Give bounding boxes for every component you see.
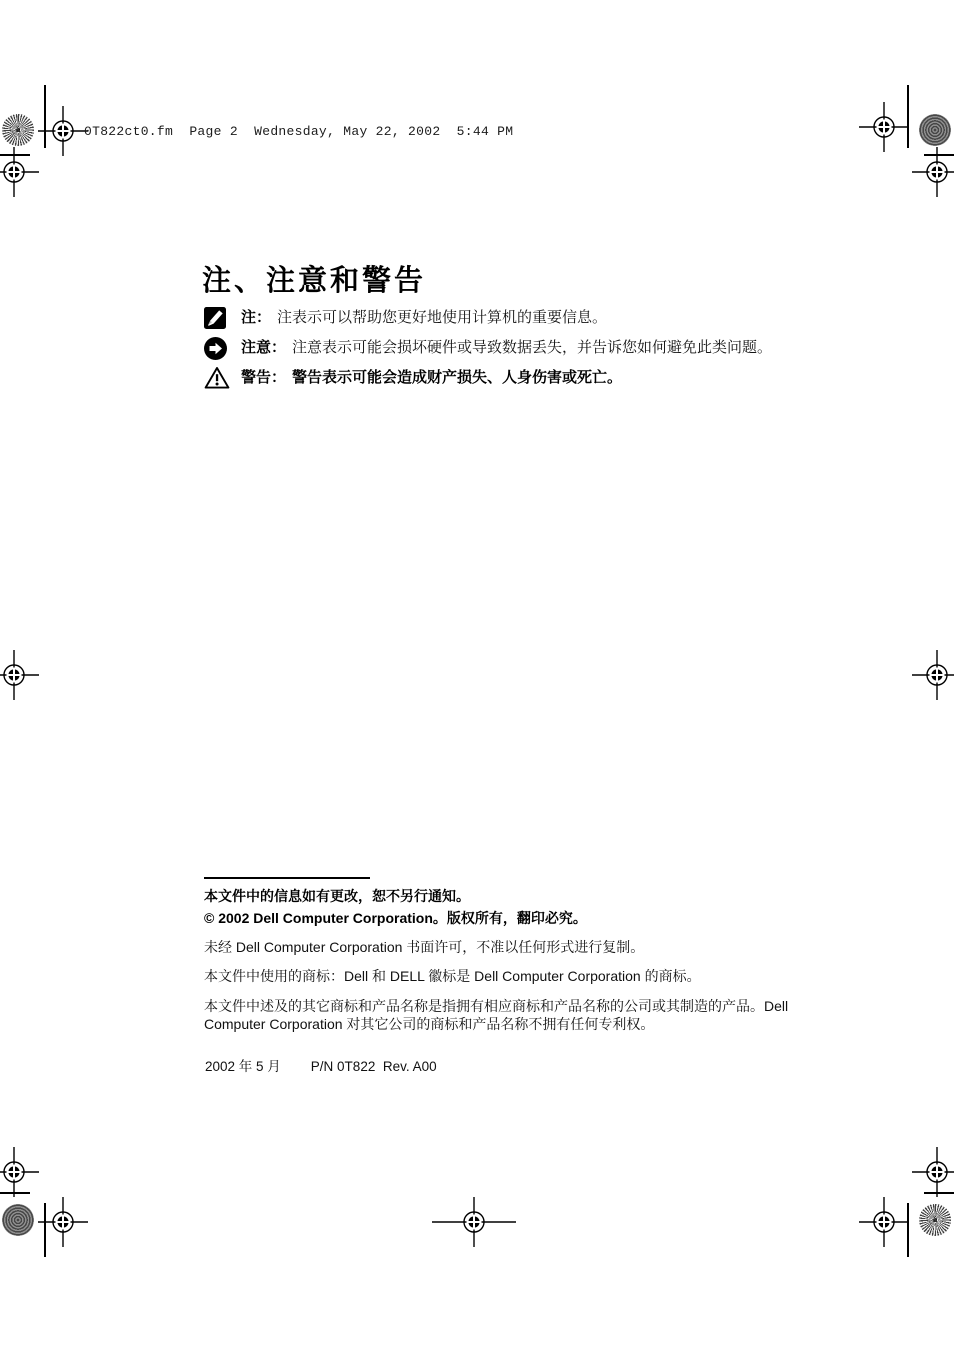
notice-text: 注意：注意表示可能会损坏硬件或导致数据丢失，并告诉您如何避免此类问题。 bbox=[241, 336, 772, 359]
color-patch-halftone-icon bbox=[2, 1204, 34, 1236]
legal-trademarks: 本文件中使用的商标：Dell 和 DELL 徽标是 Dell Computer … bbox=[204, 968, 832, 985]
color-patch-halftone-icon bbox=[919, 114, 951, 146]
warning-row: 警告：警告表示可能会造成财产损失、人身伤害或死亡。 bbox=[204, 366, 884, 390]
notice-body: 注意表示可能会损坏硬件或导致数据丢失，并告诉您如何避免此类问题。 bbox=[292, 339, 772, 356]
note-label: 注： bbox=[241, 309, 271, 326]
notice-label: 注意： bbox=[241, 339, 286, 356]
registration-target-icon bbox=[0, 650, 39, 700]
registration-target-icon bbox=[859, 102, 909, 152]
publish-date: 2002 年 5 月 bbox=[205, 1055, 281, 1075]
legal-copyright: © 2002 Dell Computer Corporation。版权所有，翻印… bbox=[204, 910, 832, 927]
note-pencil-icon bbox=[204, 306, 231, 330]
color-patch-pinwheel-icon bbox=[919, 1204, 951, 1236]
note-text: 注：注表示可以帮助您更好地使用计算机的重要信息。 bbox=[241, 306, 607, 329]
legal-reproduction: 未经 Dell Computer Corporation 书面许可，不准以任何形… bbox=[204, 939, 832, 956]
registration-target-icon bbox=[0, 147, 39, 197]
notice-arrow-icon bbox=[204, 336, 231, 360]
legal-other-trademarks: 本文件中述及的其它商标和产品名称是指拥有相应商标和产品名称的公司或其制造的产品。… bbox=[204, 997, 832, 1033]
page-title: 注、注意和警告 bbox=[202, 258, 426, 299]
printed-page: { "header": { "slug": "0T822ct0.fm Page … bbox=[0, 0, 954, 1351]
part-number: P/N 0T822 Rev. A00 bbox=[311, 1059, 437, 1074]
warning-text: 警告：警告表示可能会造成财产损失、人身伤害或死亡。 bbox=[241, 366, 622, 389]
registration-target-icon bbox=[912, 147, 954, 197]
legal-section: 本文件中的信息如有更改，恕不另行通知。 © 2002 Dell Computer… bbox=[204, 877, 832, 1033]
registration-target-icon bbox=[38, 106, 88, 156]
registration-target-icon bbox=[432, 1197, 516, 1247]
registration-target-icon bbox=[912, 1147, 954, 1197]
date-partnumber-line: 2002 年 5 月 P/N 0T822 Rev. A00 bbox=[205, 1055, 437, 1075]
note-body: 注表示可以帮助您更好地使用计算机的重要信息。 bbox=[277, 309, 607, 326]
registration-target-icon bbox=[859, 1197, 909, 1247]
note-row: 注：注表示可以帮助您更好地使用计算机的重要信息。 bbox=[204, 306, 884, 330]
legal-change-notice: 本文件中的信息如有更改，恕不另行通知。 bbox=[204, 888, 832, 905]
warning-triangle-icon bbox=[204, 366, 231, 390]
notices-section: 注：注表示可以帮助您更好地使用计算机的重要信息。 注意：注意表示可能会损坏硬件或… bbox=[204, 306, 884, 396]
footnote-rule bbox=[204, 877, 370, 879]
notice-row: 注意：注意表示可能会损坏硬件或导致数据丢失，并告诉您如何避免此类问题。 bbox=[204, 336, 884, 360]
color-patch-pinwheel-icon bbox=[2, 114, 34, 146]
warning-body: 警告表示可能会造成财产损失、人身伤害或死亡。 bbox=[292, 369, 622, 386]
registration-target-icon bbox=[0, 1147, 39, 1197]
warning-label: 警告： bbox=[241, 369, 286, 386]
registration-target-icon bbox=[912, 650, 954, 700]
registration-target-icon bbox=[38, 1197, 88, 1247]
file-page-slug: 0T822ct0.fm Page 2 Wednesday, May 22, 20… bbox=[84, 124, 513, 139]
